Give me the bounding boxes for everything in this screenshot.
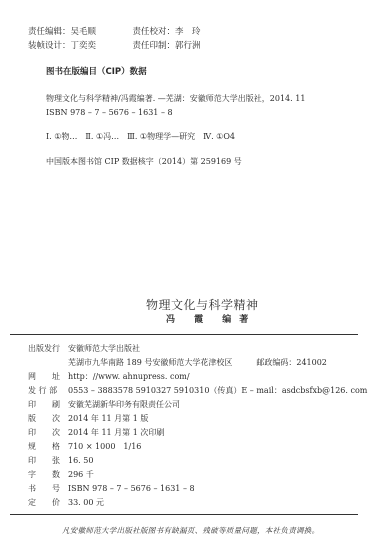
cip-line-1: 物理文化与科学精神/冯霞编著. —芜湖：安徽师范大学出版社，2014. 11 [46, 94, 305, 104]
credits-row-2: 装帧设计： 丁奕奕 责任印制： 郭行洲 [28, 41, 201, 52]
quality-notice: 凡安徽师范大学出版社版图书有缺漏页、残破等质量问题，本社负责调换。 [62, 525, 319, 536]
top-divider [10, 334, 358, 335]
info-label: 版 次 [28, 414, 68, 424]
info-value: ISBN 978 – 7 – 5676 – 1631 – 8 [68, 484, 195, 494]
info-value: 2014 年 11 月第 1 版 [68, 414, 148, 424]
cip-line-4: 中国版本图书馆 CIP 数据核字（2014）第 259169 号 [46, 157, 242, 167]
info-value: 芜湖市九华南路 189 号安徽师范大学花津校区 邮政编码：241002 [68, 358, 327, 368]
designer-label: 装帧设计： [28, 41, 71, 52]
cip-line-2: ISBN 978 – 7 – 5676 – 1631 – 8 [46, 108, 173, 118]
info-label: 印 张 [28, 456, 68, 466]
info-row-distribution: 发 行 部 0553 – 3883578 5910327 5910310（传真）… [28, 386, 367, 396]
info-value: 2014 年 11 月第 1 次印刷 [68, 428, 164, 438]
info-row-sheets: 印 张 16. 50 [28, 456, 93, 466]
credits-row-1: 责任编辑： 吴毛顺 责任校对： 李 玲 [28, 27, 201, 38]
info-value: 16. 50 [68, 456, 93, 466]
info-label: 字 数 [28, 470, 68, 480]
info-label: 网 址 [28, 372, 68, 382]
info-row-printing: 印 次 2014 年 11 月第 1 次印刷 [28, 428, 164, 438]
info-row-edition: 版 次 2014 年 11 月第 1 版 [28, 414, 148, 424]
info-value: http：//www. ahnupress. com/ [68, 372, 190, 382]
info-row-address: 芜湖市九华南路 189 号安徽师范大学花津校区 邮政编码：241002 [28, 358, 327, 368]
print-supervisor-label: 责任印制： [133, 41, 176, 52]
info-label: 印 次 [28, 428, 68, 438]
credits-block: 责任编辑： 吴毛顺 责任校对： 李 玲 装帧设计： 丁奕奕 责任印制： 郭行洲 [28, 27, 201, 52]
info-value: 安徽芜湖新华印务有限责任公司 [68, 400, 180, 410]
info-value: 0553 – 3883578 5910327 5910310（传真）E – ma… [68, 386, 367, 396]
info-row-printer: 印 刷 安徽芜湖新华印务有限责任公司 [28, 400, 180, 410]
info-label: 定 价 [28, 498, 68, 508]
info-row-format: 规 格 710 × 1000 1/16 [28, 442, 141, 452]
info-row-isbn: 书 号 ISBN 978 – 7 – 5676 – 1631 – 8 [28, 484, 195, 494]
book-author: 冯 霞 编著 [166, 312, 256, 325]
proofreader-value: 李 玲 [175, 27, 201, 38]
cip-line-3: Ⅰ. ①物… Ⅱ. ①冯… Ⅲ. ①物理学—研究 Ⅳ. ①O4 [46, 132, 235, 142]
info-label: 书 号 [28, 484, 68, 494]
info-label: 规 格 [28, 442, 68, 452]
bottom-divider [10, 514, 358, 515]
print-supervisor-value: 郭行洲 [175, 41, 201, 52]
info-label: 发 行 部 [28, 386, 68, 396]
info-value: 710 × 1000 1/16 [68, 442, 141, 452]
info-row-price: 定 价 33. 00 元 [28, 498, 104, 508]
proofreader-label: 责任校对： [133, 27, 176, 38]
info-label [28, 358, 68, 368]
editor-value: 吴毛顺 [71, 27, 133, 38]
info-value: 296 千 [68, 470, 94, 480]
info-label: 出版发行 [28, 344, 68, 354]
info-value: 安徽师范大学出版社 [68, 344, 140, 354]
info-row-word-count: 字 数 296 千 [28, 470, 94, 480]
book-title: 物理文化与科学精神 [146, 296, 259, 313]
info-value: 33. 00 元 [68, 498, 104, 508]
info-label: 印 刷 [28, 400, 68, 410]
editor-label: 责任编辑： [28, 27, 71, 38]
cip-title: 图书在版编目（CIP）数据 [46, 65, 147, 77]
info-row-website: 网 址 http：//www. ahnupress. com/ [28, 372, 190, 382]
designer-value: 丁奕奕 [71, 41, 133, 52]
info-row-publisher: 出版发行 安徽师范大学出版社 [28, 344, 140, 354]
